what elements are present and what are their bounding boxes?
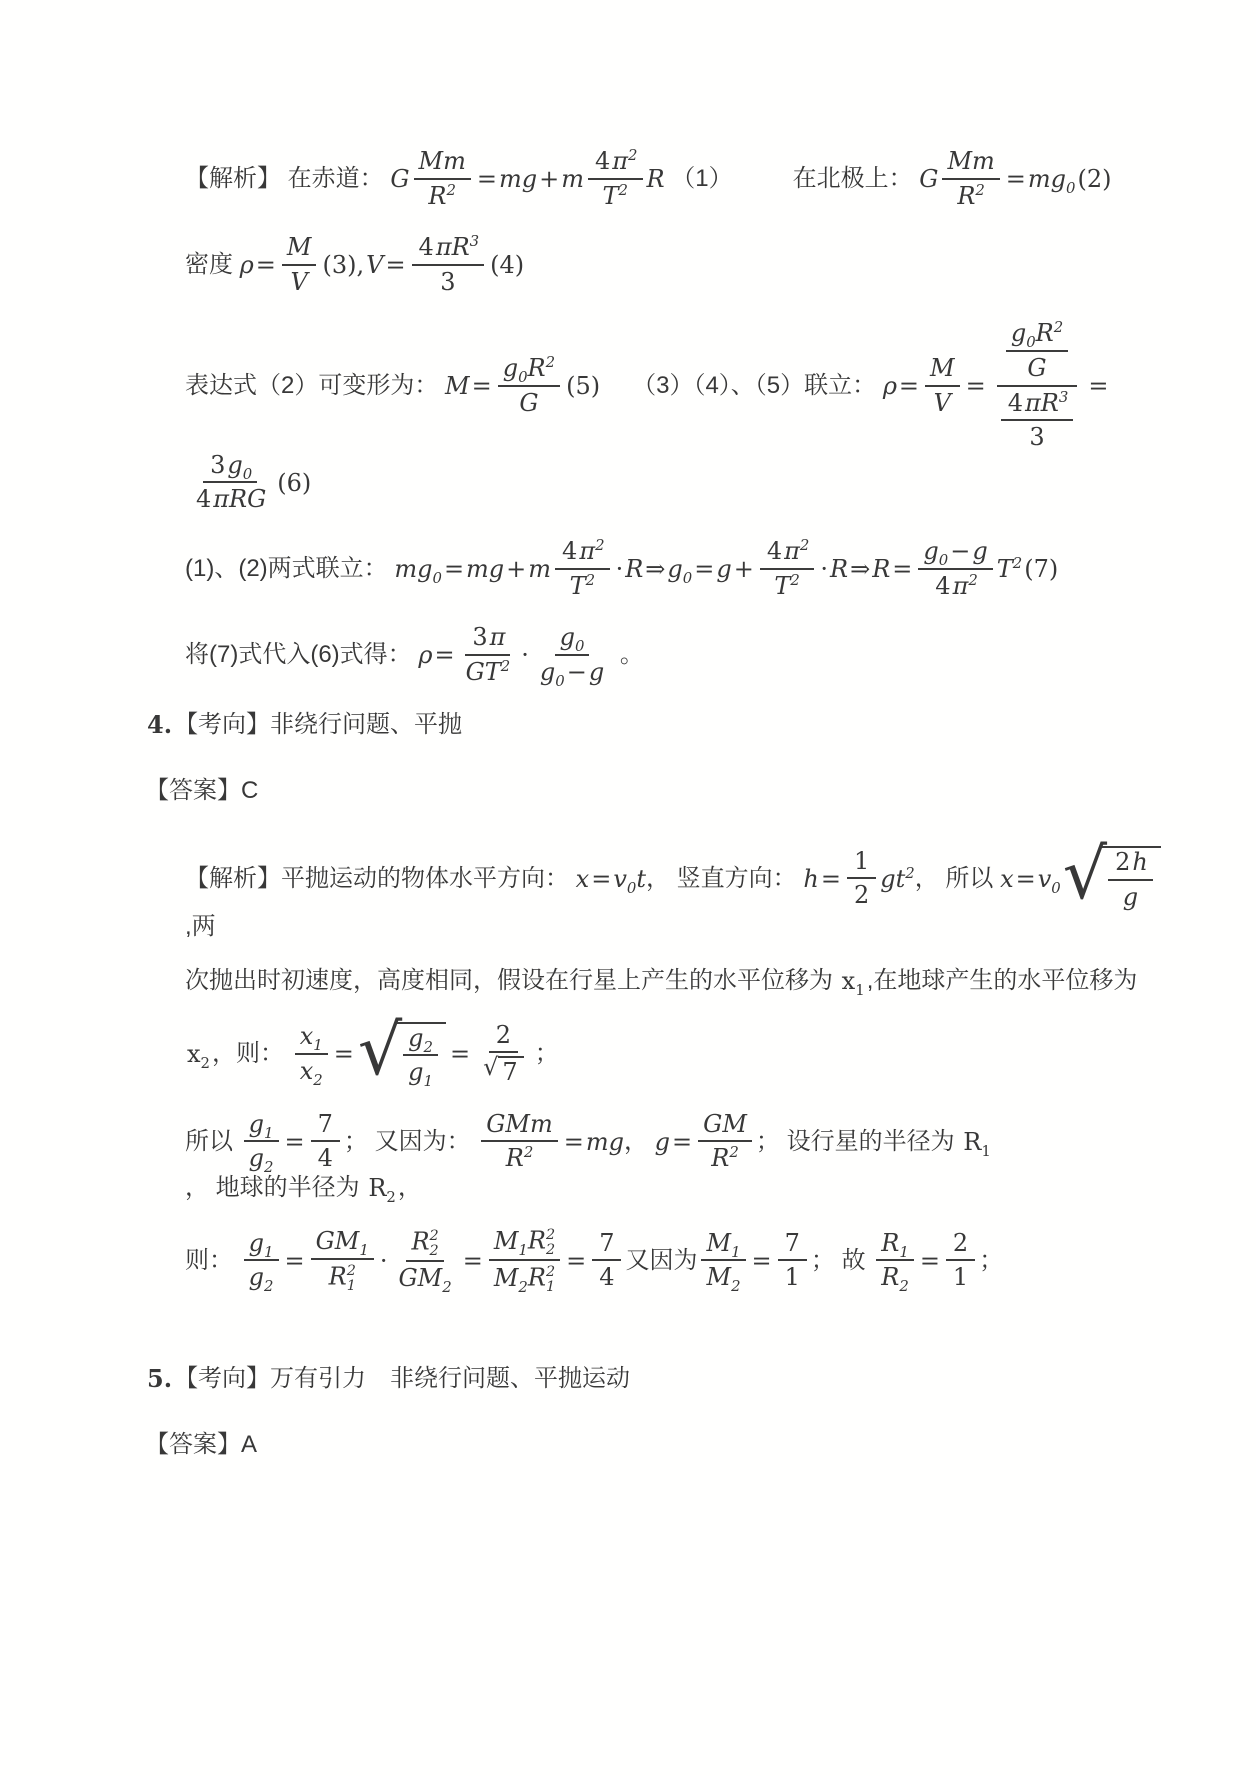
math-base: πR [436, 233, 470, 261]
math-variable: g0 [560, 624, 585, 652]
math-base: 4 [562, 537, 577, 565]
math-variable: G [519, 390, 538, 418]
fraction-denominator: R2 [501, 1142, 539, 1173]
math-base: (4) [490, 251, 524, 279]
fraction-numerator: M [925, 355, 960, 387]
math-base: 5. [147, 1364, 172, 1393]
math-variable: R2 [528, 355, 556, 383]
text-run: 。 [613, 640, 644, 670]
math-text: · [378, 1246, 390, 1276]
subscript: 0 [683, 569, 692, 587]
math-text: = [964, 371, 988, 401]
fraction-denominator: g1 [403, 1056, 438, 1087]
math-supsub: 21 [347, 1264, 356, 1294]
math-fraction: 21 [946, 1230, 975, 1292]
math-variable: g [655, 1127, 670, 1157]
math-variable: g0 [923, 538, 948, 566]
math-base: = [444, 555, 464, 583]
math-variable: π2 [612, 148, 637, 176]
math-base: M [287, 233, 312, 261]
q4-answer: 【答案】C [145, 776, 1166, 806]
math-base: = [472, 372, 492, 400]
math-base: = [385, 251, 405, 279]
fraction-numerator: Mm [942, 148, 999, 180]
math-variable: g2 [249, 1145, 274, 1173]
math-base: x [300, 1057, 314, 1085]
math-variable: mg0 [394, 554, 442, 584]
fraction-numerator: R1 [876, 1230, 914, 1262]
math-variable: R22 [411, 1228, 438, 1258]
math-text: 3 [1027, 424, 1046, 452]
math-base: · [820, 555, 828, 583]
math-base: 4 [935, 572, 950, 600]
math-base: m [528, 555, 551, 583]
math-base: 2 [496, 1021, 511, 1049]
math-base: h [1132, 848, 1147, 876]
math-text: · [818, 554, 830, 584]
fraction-denominator: M2R21 [489, 1261, 560, 1294]
math-text: 4 [933, 573, 952, 601]
math-base: (3), [322, 251, 364, 279]
math-fraction: 12 [847, 848, 876, 910]
math-text: 1 [783, 1264, 802, 1292]
text-run: ， [398, 1173, 422, 1203]
math-variable: GM2 [398, 1265, 451, 1293]
math-text: = [897, 371, 921, 401]
text-run: 又因为 [625, 1246, 697, 1276]
math-fraction: g0R2G [1006, 320, 1068, 382]
math-variable: g0 [503, 355, 528, 383]
math-base: · [380, 1247, 388, 1275]
superscript: 2 [975, 181, 984, 199]
superscript: 2 [524, 1143, 533, 1161]
math-variable: g [1123, 884, 1138, 912]
math-base: π [490, 623, 506, 651]
fraction-numerator: g0 [555, 624, 590, 656]
text-run: 【解析】 在赤道： [185, 164, 390, 194]
math-variable: g0 [540, 659, 565, 687]
text-run: ,在地球产生的水平位移为 [867, 966, 1138, 996]
math-base: x [1000, 865, 1014, 893]
math-text: + [732, 554, 756, 584]
math-base: R [957, 182, 975, 210]
math-base: g [716, 555, 731, 583]
fraction-denominator: 4πR33 [992, 387, 1083, 452]
math-variable: R2 [1036, 320, 1064, 348]
subscript: 2 [546, 1243, 555, 1258]
math-base: = [920, 1247, 940, 1275]
math-variable: M [445, 371, 470, 401]
math-text: − [565, 659, 589, 687]
math-base: 7 [785, 1229, 800, 1257]
math-text: 2 [852, 882, 871, 910]
math-base: G [519, 389, 538, 417]
superscript: 2 [586, 571, 595, 589]
fraction-denominator: T2 [769, 570, 804, 601]
fraction-denominator: 1 [778, 1261, 807, 1292]
fraction-numerator: x1 [295, 1023, 328, 1055]
math-base: G [919, 165, 938, 193]
subscript: 0 [518, 368, 527, 386]
text-run: ； [535, 1039, 559, 1069]
math-variable: T2 [570, 573, 595, 601]
math-base: 4 [318, 1144, 333, 1172]
sol4-eq-line3: x2，则： x1x2=√g2g1=2√7； [185, 1022, 1166, 1087]
math-base: R [428, 182, 446, 210]
subscript: 1 [359, 1241, 368, 1259]
fraction-denominator: T2 [597, 180, 632, 211]
sol4-text-line2: 次抛出时初速度，高度相同，假设在行星上产生的水平位移为 x1,在地球产生的水平位… [185, 966, 1166, 996]
math-text: = [1014, 864, 1038, 894]
math-text: ⇒ [848, 554, 872, 584]
math-base: (2) [1077, 165, 1111, 193]
math-variable: ρ [883, 371, 897, 401]
fraction-numerator: 4π2 [760, 538, 815, 570]
math-base: π [784, 537, 800, 565]
math-base: ρ [240, 251, 254, 279]
text-run: ，则： [212, 1039, 291, 1069]
math-text: R1 [961, 1127, 993, 1157]
text-run: ； 又因为： [344, 1127, 477, 1157]
math-base: = [966, 372, 986, 400]
fraction-numerator: 4π2 [588, 148, 643, 180]
text-run: （1） [665, 164, 733, 194]
subscript: 1 [981, 1142, 990, 1160]
math-base: = [1006, 165, 1026, 193]
math-fraction: M1R22M2R21 [489, 1227, 560, 1295]
math-base: = [1016, 865, 1036, 893]
subscript: 0 [432, 569, 441, 587]
math-base: ρ [883, 372, 897, 400]
sol3-eq-line1: 【解析】 在赤道： GMmR2=mg+m4π2T2R （1）在北极上： GMmR… [185, 148, 1166, 210]
math-sqrt: √g2g1 [358, 1022, 446, 1087]
math-base: 3 [472, 623, 487, 651]
text-run: 将(7)式代入(6)式得： [185, 640, 418, 670]
math-variable: R [625, 554, 643, 584]
subscript: 1 [347, 1279, 356, 1294]
math-base: 1 [854, 847, 869, 875]
fraction-numerator: g1 [244, 1230, 279, 1262]
text-run: 在北极上： [793, 164, 920, 194]
math-fraction: 74 [311, 1111, 340, 1173]
math-base: ⇒ [850, 555, 870, 583]
math-text: (2) [1075, 164, 1113, 194]
math-base: m [561, 165, 584, 193]
fraction-numerator: GM [698, 1111, 752, 1143]
math-base: · [616, 555, 624, 583]
math-fraction: GMmR2 [481, 1111, 558, 1173]
math-base: 3 [210, 451, 225, 479]
math-base: = [1088, 372, 1108, 400]
subscript: 0 [1051, 879, 1060, 897]
subscript: 2 [899, 1277, 908, 1295]
superscript: 2 [595, 536, 604, 554]
math-text: 2 [951, 1230, 970, 1258]
fraction-denominator: R2 [952, 180, 990, 211]
sol4-eq-line1: 【解析】平抛运动的物体水平方向： x=v0t， 竖直方向： h=12gt2， 所… [185, 846, 1166, 941]
math-base: = [892, 555, 912, 583]
math-base: = [450, 1040, 470, 1068]
math-base: V [366, 251, 383, 279]
fraction-numerator: 3g0 [203, 452, 257, 484]
fraction-numerator: 2 [946, 1230, 975, 1262]
math-text: 7 [597, 1230, 616, 1258]
superscript: 2 [619, 181, 628, 199]
math-base: 7 [318, 1110, 333, 1138]
fraction-denominator: G [1022, 352, 1051, 383]
math-variable: g0 [667, 554, 692, 584]
math-base: R [963, 1128, 981, 1156]
math-text: + [537, 164, 561, 194]
math-variable: M1 [494, 1228, 528, 1256]
math-text: − [948, 538, 972, 566]
math-base: M [930, 354, 955, 382]
fraction-numerator: M [282, 234, 317, 266]
math-variable: GM1 [316, 1228, 369, 1256]
math-variable: T2 [602, 183, 627, 211]
math-base: mg [499, 165, 537, 193]
superscript: 2 [546, 1228, 555, 1243]
subscript: 2 [386, 1188, 395, 1206]
subscript: 0 [575, 637, 584, 655]
math-fraction: 3g04πRG [189, 452, 271, 514]
math-variable: x2 [300, 1058, 323, 1086]
math-text: ⇒ [643, 554, 667, 584]
math-base: M [494, 1227, 519, 1255]
math-base: x [187, 1040, 201, 1068]
math-variable: R2 [957, 183, 985, 211]
subscript: 1 [855, 980, 864, 998]
math-text: 1 [951, 1264, 970, 1292]
math-text: 4 [560, 538, 579, 566]
superscript: 2 [1013, 554, 1022, 572]
math-text: 4 [194, 486, 213, 514]
math-fraction: 3πGT2 [461, 624, 516, 686]
math-fraction: 71 [778, 1230, 807, 1292]
math-base: g [408, 1024, 423, 1052]
math-base: GM [316, 1227, 360, 1255]
superscript: 2 [729, 1143, 738, 1161]
fraction-denominator: 4 [311, 1142, 340, 1173]
math-supsub: 21 [546, 1265, 555, 1295]
text-run: 则： [185, 1246, 240, 1276]
fraction-numerator: 4π2 [555, 538, 610, 570]
math-text: · [614, 554, 626, 584]
math-base: T [570, 572, 586, 600]
radical-sign: √ [1063, 846, 1107, 903]
q5-heading: 5.【考向】万有引力 非绕行问题、平抛运动 [145, 1364, 1166, 1394]
fraction-numerator: 4πR3 [1001, 390, 1074, 422]
math-base: = [672, 1128, 692, 1156]
math-supsub: 22 [430, 1229, 439, 1259]
math-base: t [636, 865, 646, 893]
fraction-denominator: R2 [876, 1261, 914, 1292]
math-base: 4 [196, 485, 211, 513]
math-variable: R21 [528, 1264, 555, 1294]
math-variable: Mm [947, 148, 994, 176]
math-base: R [872, 555, 890, 583]
superscript: 2 [790, 571, 799, 589]
text-run: 密度 [185, 250, 240, 280]
math-base: g [249, 1263, 264, 1291]
fraction-numerator: Mm [414, 148, 471, 180]
fraction-denominator: V [929, 387, 956, 418]
math-text: = [283, 1127, 307, 1157]
q4-heading: 4.【考向】非绕行问题、平抛 [145, 710, 1166, 740]
math-fraction: 4π2T2 [588, 148, 643, 210]
math-base: g [667, 555, 682, 583]
math-base: R [881, 1229, 899, 1257]
math-base: g [540, 658, 555, 686]
math-variable: m [561, 164, 584, 194]
math-base: g [227, 451, 242, 479]
math-base: g [972, 537, 987, 565]
math-base: 4 [419, 233, 434, 261]
superscript: 2 [968, 571, 977, 589]
math-base: R [647, 165, 665, 193]
math-fraction: R1R2 [876, 1230, 914, 1292]
fraction-numerator: g2 [403, 1025, 438, 1057]
math-variable: M [287, 234, 312, 262]
text-run: 所以 [185, 1127, 240, 1157]
math-text: = [332, 1039, 356, 1069]
math-variable: g [972, 538, 987, 566]
subscript: 2 [518, 1278, 527, 1296]
sol3-eq-line4: (1)、(2)两式联立： mg0=mg+m4π2T2·R⇒g0=g+4π2T2·… [185, 538, 1166, 600]
sol4-eq-line5: 则： g1g2=GM1R21·R22GM2=M1R22M2R21=74又因为M1… [185, 1227, 1166, 1295]
math-text: + [504, 554, 528, 584]
math-variable: R [830, 554, 848, 584]
superscript: 2 [1054, 318, 1063, 336]
fraction-numerator: GMm [481, 1111, 558, 1143]
fraction-numerator: g1 [244, 1111, 279, 1143]
math-text: = [589, 864, 613, 894]
math-variable: GT2 [466, 659, 511, 687]
fraction-denominator: 2 [847, 879, 876, 910]
math-variable: R2 [881, 1264, 909, 1292]
math-variable: x [576, 864, 590, 894]
math-base: π [579, 537, 595, 565]
fraction-numerator: 1 [847, 848, 876, 880]
math-text: = [564, 1246, 588, 1276]
superscript: 3 [470, 232, 479, 250]
math-text: 3 [208, 452, 227, 480]
fraction-denominator: √7 [476, 1053, 531, 1087]
math-text: R2 [366, 1173, 398, 1203]
math-variable: πR3 [1025, 390, 1068, 418]
text-run: 次抛出时初速度，高度相同，假设在行星上产生的水平位移为 [185, 966, 840, 996]
math-fraction: g0R2G [498, 355, 560, 417]
math-variable: R2 [711, 1145, 739, 1173]
math-fraction: 2√7 [476, 1022, 531, 1087]
subscript: 2 [264, 1277, 273, 1295]
math-base: π [953, 572, 969, 600]
math-text: = [750, 1246, 774, 1276]
math-base: M [706, 1229, 731, 1257]
math-text: = [692, 554, 716, 584]
fraction-denominator: R2 [423, 180, 461, 211]
math-base: R [625, 555, 643, 583]
fraction-denominator: M2 [701, 1261, 745, 1292]
fraction-denominator: g0−g [535, 656, 609, 687]
math-variable: g0 [227, 452, 252, 480]
math-sqrt: √2hg [1063, 846, 1161, 911]
math-variable: t [636, 864, 646, 894]
math-variable: R [872, 554, 890, 584]
math-text: 4 [765, 538, 784, 566]
math-variable: ρ [418, 640, 432, 670]
fraction-denominator: 1 [946, 1261, 975, 1292]
math-fraction: 74 [592, 1230, 621, 1292]
fraction-denominator: 3 [433, 266, 462, 297]
math-base: = [564, 1128, 584, 1156]
subscript: 0 [243, 465, 252, 483]
math-base: 2 [953, 1229, 968, 1257]
math-fraction: g0g0−g [535, 624, 609, 686]
math-base: t [896, 865, 906, 893]
math-text: · [519, 640, 531, 670]
math-base: mg [586, 1128, 624, 1156]
math-base: (5) [566, 372, 600, 400]
math-text: = [562, 1127, 586, 1157]
superscript: 2 [347, 1264, 356, 1279]
math-base: M [706, 1263, 731, 1291]
math-base: = [899, 372, 919, 400]
math-base: mg [394, 555, 432, 583]
math-variable: π [490, 624, 506, 652]
fraction-denominator: g2 [244, 1142, 279, 1173]
math-base: V [934, 389, 951, 417]
math-base: g [1011, 319, 1026, 347]
math-variable: R22 [528, 1227, 555, 1257]
math-text: = [1086, 371, 1110, 401]
math-base: (6) [277, 469, 311, 497]
math-variable: h [1132, 849, 1147, 877]
fraction-denominator: 4π2 [928, 570, 983, 601]
text-run: ； 设行星的半径为 [756, 1127, 961, 1157]
subscript: 0 [555, 672, 564, 690]
subscript: 2 [313, 1070, 322, 1088]
math-base: R [711, 1144, 729, 1172]
math-text: = [918, 1246, 942, 1276]
math-text: 5. [145, 1364, 174, 1394]
math-text: 4 [597, 1264, 616, 1292]
math-base: R [368, 1174, 386, 1202]
math-variable: mg [499, 164, 537, 194]
math-base: G [1027, 354, 1046, 382]
math-variable: g2 [249, 1264, 274, 1292]
math-base: 3 [1029, 423, 1044, 451]
math-text: 4. [145, 710, 174, 740]
math-variable: mg0 [1028, 164, 1076, 194]
math-variable: g1 [249, 1230, 274, 1258]
math-variable: g1 [408, 1059, 433, 1087]
math-base: R [528, 354, 546, 382]
fraction-denominator: g [1118, 881, 1143, 912]
fraction-numerator: g0R2G [997, 320, 1077, 386]
math-base: g [1123, 883, 1138, 911]
math-base: R [830, 555, 848, 583]
math-text: (3), [320, 250, 366, 280]
math-fraction: g0−g4π2 [918, 538, 992, 600]
math-base: = [434, 641, 454, 669]
text-run: ； 故 [811, 1246, 872, 1276]
math-base: V [291, 268, 308, 296]
math-base: = [285, 1128, 305, 1156]
math-variable: πRG [213, 486, 266, 514]
math-base: g [880, 865, 895, 893]
subscript: 1 [264, 1242, 273, 1260]
